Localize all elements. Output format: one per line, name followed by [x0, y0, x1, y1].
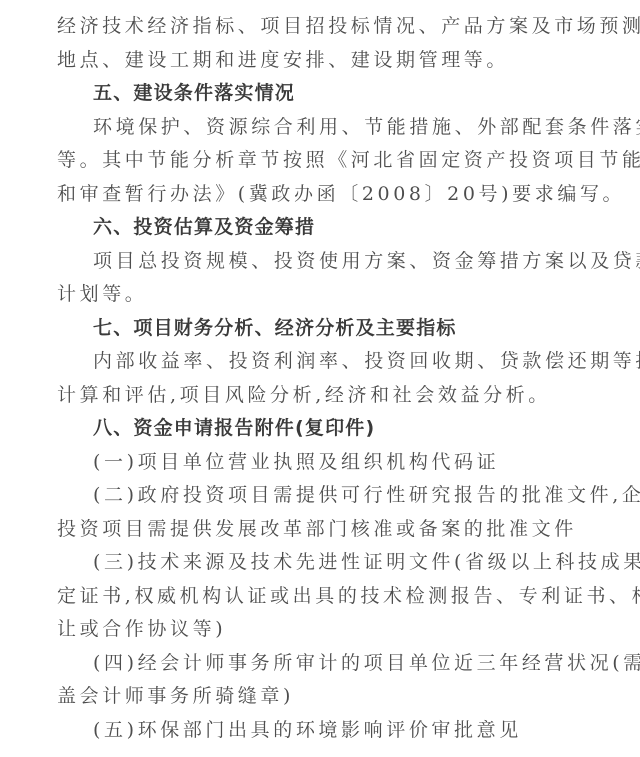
paragraph-line: 定证书,权威机构认证或出具的技术检测报告、专利证书、相关转: [57, 580, 577, 614]
intro-paragraph: 经济技术经济指标、项目招投标情况、产品方案及市场预测、建设 地点、建设工期和进度…: [57, 10, 577, 77]
paragraph-line: 等。其中节能分析章节按照《河北省固定资产投资项目节能评估: [57, 144, 577, 178]
paragraph-line: 项目总投资规模、投资使用方案、资金筹措方案以及贷款偿还: [57, 245, 577, 279]
section-heading: 六、投资估算及资金筹措: [57, 211, 577, 245]
section-heading: 七、项目财务分析、经济分析及主要指标: [57, 312, 577, 346]
paragraph-line: (一)项目单位营业执照及组织机构代码证: [57, 446, 577, 480]
paragraph-line: 经济技术经济指标、项目招投标情况、产品方案及市场预测、建设: [57, 10, 577, 44]
paragraph-line: 内部收益率、投资利润率、投资回收期、贷款偿还期等指标的: [57, 345, 577, 379]
section-6: 六、投资估算及资金筹措 项目总投资规模、投资使用方案、资金筹措方案以及贷款偿还 …: [57, 211, 577, 312]
attachment-item-3: (三)技术来源及技术先进性证明文件(省级以上科技成果鉴 定证书,权威机构认证或出…: [57, 546, 577, 647]
paragraph-line: 计划等。: [57, 278, 577, 312]
paragraph-line: (四)经会计师事务所审计的项目单位近三年经营状况(需加: [57, 647, 577, 681]
paragraph-line: (二)政府投资项目需提供可行性研究报告的批准文件,企业: [57, 479, 577, 513]
paragraph-line: (三)技术来源及技术先进性证明文件(省级以上科技成果鉴: [57, 546, 577, 580]
document-page: 经济技术经济指标、项目招投标情况、产品方案及市场预测、建设 地点、建设工期和进度…: [57, 10, 577, 747]
section-8: 八、资金申请报告附件(复印件) (一)项目单位营业执照及组织机构代码证 (二)政…: [57, 412, 577, 747]
paragraph-line: 投资项目需提供发展改革部门核准或备案的批准文件: [57, 513, 577, 547]
attachment-item-1: (一)项目单位营业执照及组织机构代码证: [57, 446, 577, 480]
attachment-item-2: (二)政府投资项目需提供可行性研究报告的批准文件,企业 投资项目需提供发展改革部…: [57, 479, 577, 546]
paragraph-line: 计算和评估,项目风险分析,经济和社会效益分析。: [57, 379, 577, 413]
section-heading: 五、建设条件落实情况: [57, 77, 577, 111]
section-heading: 八、资金申请报告附件(复印件): [57, 412, 577, 446]
paragraph-line: 让或合作协议等): [57, 613, 577, 647]
paragraph-line: 盖会计师事务所骑缝章): [57, 680, 577, 714]
paragraph-line: 和审查暂行办法》(冀政办函〔2008〕20号)要求编写。: [57, 178, 577, 212]
paragraph-line: (五)环保部门出具的环境影响评价审批意见: [57, 714, 577, 748]
attachment-item-5: (五)环保部门出具的环境影响评价审批意见: [57, 714, 577, 748]
paragraph-line: 地点、建设工期和进度安排、建设期管理等。: [57, 44, 577, 78]
section-7: 七、项目财务分析、经济分析及主要指标 内部收益率、投资利润率、投资回收期、贷款偿…: [57, 312, 577, 413]
section-5: 五、建设条件落实情况 环境保护、资源综合利用、节能措施、外部配套条件落实情况 等…: [57, 77, 577, 211]
paragraph-line: 环境保护、资源综合利用、节能措施、外部配套条件落实情况: [57, 111, 577, 145]
attachment-item-4: (四)经会计师事务所审计的项目单位近三年经营状况(需加 盖会计师事务所骑缝章): [57, 647, 577, 714]
